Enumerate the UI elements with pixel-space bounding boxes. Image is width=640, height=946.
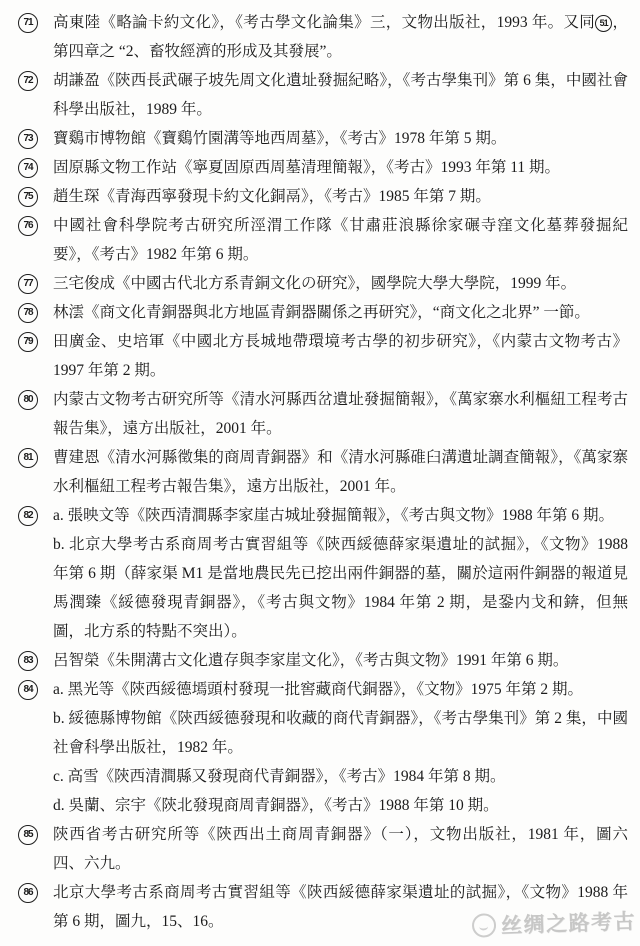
footnote-paragraph: b. 北京大學考古系商周考古實習組等《陝西綏德薛家渠遺址的試掘》，《文物》198… <box>53 530 628 646</box>
footnote-number-badge: 73 <box>18 129 38 149</box>
footnote-number-badge: 85 <box>18 825 38 845</box>
footnote-number-badge: 72 <box>18 71 38 91</box>
footnote-paragraph: 三宅俊成《中國古代北方系青銅文化の研究》，國學院大學大學院，1999 年。 <box>53 269 628 298</box>
footnote-text: a. 張映文等《陝西清澗縣李家崖古城址發掘簡報》，《考古與文物》1988 年第 … <box>53 501 632 646</box>
footnote-text: 田廣金、史培軍《中國北方長城地帶環境考古學的初步研究》，《内蒙古文物考古》199… <box>53 327 632 385</box>
footnote-text: 寶鷄市博物館《寶鷄竹園溝等地西周墓》，《考古》1978 年第 5 期。 <box>53 124 632 153</box>
footnote-text: 林澐《商文化青銅器與北方地區青銅器關係之再研究》，“商文化之北界” 一節。 <box>53 298 632 327</box>
footnote-entry: 71高東陸《略論卡約文化》，《考古學文化論集》三，文物出版社，1993 年。又同… <box>16 8 632 66</box>
footnote-text: 中國社會科學院考古研究所涇渭工作隊《甘肅莊浪縣徐家碾寺窪文化墓葬發掘紀要》，《考… <box>53 211 632 269</box>
footnote-number-badge: 78 <box>18 303 38 323</box>
footnote-number-badge: 79 <box>18 332 38 352</box>
footnote-number-badge: 82 <box>18 506 38 526</box>
footnote-paragraph: b. 綏德縣博物館《陝西綏德發現和收藏的商代青銅器》，《考古學集刊》第 2 集，… <box>53 704 628 762</box>
footnote-entry: 77三宅俊成《中國古代北方系青銅文化の研究》，國學院大學大學院，1999 年。 <box>16 269 632 298</box>
footnote-paragraph: 呂智榮《朱開溝古文化遺存與李家崖文化》，《考古與文物》1991 年第 6 期。 <box>53 646 628 675</box>
watermark: 丝绸之路考古 <box>472 905 637 941</box>
footnote-text: 内蒙古文物考古研究所等《清水河縣西岔遺址發掘簡報》，《萬家寨水利樞紐工程考古報告… <box>53 385 632 443</box>
footnote-number-badge: 75 <box>18 187 38 207</box>
seal-circle-icon <box>472 913 497 938</box>
footnote-paragraph: 中國社會科學院考古研究所涇渭工作隊《甘肅莊浪縣徐家碾寺窪文化墓葬發掘紀要》，《考… <box>53 211 628 269</box>
footnote-entry: 79田廣金、史培軍《中國北方長城地帶環境考古學的初步研究》，《内蒙古文物考古》1… <box>16 327 632 385</box>
footnote-entry: 75趙生琛《青海西寧發現卡約文化銅鬲》，《考古》1985 年第 7 期。 <box>16 182 632 211</box>
footnote-entry: 73寶鷄市博物館《寶鷄竹園溝等地西周墓》，《考古》1978 年第 5 期。 <box>16 124 632 153</box>
footnote-number-badge: 76 <box>18 216 38 236</box>
footnote-text: 三宅俊成《中國古代北方系青銅文化の研究》，國學院大學大學院，1999 年。 <box>53 269 632 298</box>
footnote-number-badge: 84 <box>18 680 38 700</box>
footnote-paragraph: 田廣金、史培軍《中國北方長城地帶環境考古學的初步研究》，《内蒙古文物考古》199… <box>53 327 628 385</box>
footnote-entry: 84a. 黑光等《陝西綏德墕頭村發現一批窖藏商代銅器》，《文物》1975 年第 … <box>16 675 632 820</box>
footnote-number-badge: 81 <box>18 448 38 468</box>
footnote-entry: 80内蒙古文物考古研究所等《清水河縣西岔遺址發掘簡報》，《萬家寨水利樞紐工程考古… <box>16 385 632 443</box>
footnote-number-badge: 77 <box>18 274 38 294</box>
footnote-paragraph: 趙生琛《青海西寧發現卡約文化銅鬲》，《考古》1985 年第 7 期。 <box>53 182 628 211</box>
watermark-text: 丝绸之路考古 <box>501 905 637 940</box>
footnote-entry: 76中國社會科學院考古研究所涇渭工作隊《甘肅莊浪縣徐家碾寺窪文化墓葬發掘紀要》，… <box>16 211 632 269</box>
footnote-number-badge: 74 <box>18 158 38 178</box>
footnote-text: 陝西省考古研究所等《陝西出土商周青銅器》（一），文物出版社，1981 年，圖六四… <box>53 820 632 878</box>
footnote-entry: 85陝西省考古研究所等《陝西出土商周青銅器》（一），文物出版社，1981 年，圖… <box>16 820 632 878</box>
footnote-entry: 83呂智榮《朱開溝古文化遺存與李家崖文化》，《考古與文物》1991 年第 6 期… <box>16 646 632 675</box>
footnote-text: a. 黑光等《陝西綏德墕頭村發現一批窖藏商代銅器》，《文物》1975 年第 2 … <box>53 675 632 820</box>
footnote-paragraph: 林澐《商文化青銅器與北方地區青銅器關係之再研究》，“商文化之北界” 一節。 <box>53 298 628 327</box>
footnote-number-badge: 86 <box>18 883 38 903</box>
footnote-entry: 81曹建恩《清水河縣徵集的商周青銅器》和《清水河縣碓臼溝遺址調查簡報》，《萬家寨… <box>16 443 632 501</box>
footnote-text: 高東陸《略論卡約文化》，《考古學文化論集》三，文物出版社，1993 年。又同51… <box>53 8 632 66</box>
footnote-text: 胡謙盈《陝西長武碾子坡先周文化遺址發掘紀略》，《考古學集刊》第 6 集，中國社會… <box>53 66 632 124</box>
footnote-paragraph: 内蒙古文物考古研究所等《清水河縣西岔遺址發掘簡報》，《萬家寨水利樞紐工程考古報告… <box>53 385 628 443</box>
footnote-entry: 82a. 張映文等《陝西清澗縣李家崖古城址發掘簡報》，《考古與文物》1988 年… <box>16 501 632 646</box>
footnote-entry: 74固原縣文物工作站《寧夏固原西周墓清理簡報》，《考古》1993 年第 11 期… <box>16 153 632 182</box>
footnote-paragraph: 固原縣文物工作站《寧夏固原西周墓清理簡報》，《考古》1993 年第 11 期。 <box>53 153 628 182</box>
footnote-text: 曹建恩《清水河縣徵集的商周青銅器》和《清水河縣碓臼溝遺址調查簡報》，《萬家寨水利… <box>53 443 632 501</box>
footnote-list: 71高東陸《略論卡約文化》，《考古學文化論集》三，文物出版社，1993 年。又同… <box>16 8 632 936</box>
footnote-number-badge: 71 <box>18 13 38 33</box>
footnote-paragraph: d. 吳蘭、宗宇《陝北發現商周青銅器》，《考古》1988 年第 10 期。 <box>53 791 628 820</box>
footnote-paragraph: 陝西省考古研究所等《陝西出土商周青銅器》（一），文物出版社，1981 年，圖六四… <box>53 820 628 878</box>
footnote-number-badge: 83 <box>18 651 38 671</box>
inline-circled-number: 51 <box>595 15 612 32</box>
footnote-entry: 78林澐《商文化青銅器與北方地區青銅器關係之再研究》，“商文化之北界” 一節。 <box>16 298 632 327</box>
footnote-paragraph: 曹建恩《清水河縣徵集的商周青銅器》和《清水河縣碓臼溝遺址調查簡報》，《萬家寨水利… <box>53 443 628 501</box>
footnote-number-badge: 80 <box>18 390 38 410</box>
footnote-text: 趙生琛《青海西寧發現卡約文化銅鬲》，《考古》1985 年第 7 期。 <box>53 182 632 211</box>
footnote-paragraph: a. 黑光等《陝西綏德墕頭村發現一批窖藏商代銅器》，《文物》1975 年第 2 … <box>53 675 628 704</box>
footnote-paragraph: a. 張映文等《陝西清澗縣李家崖古城址發掘簡報》，《考古與文物》1988 年第 … <box>53 501 628 530</box>
footnote-paragraph: 胡謙盈《陝西長武碾子坡先周文化遺址發掘紀略》，《考古學集刊》第 6 集，中國社會… <box>53 66 628 124</box>
footnote-text: 固原縣文物工作站《寧夏固原西周墓清理簡報》，《考古》1993 年第 11 期。 <box>53 153 632 182</box>
document-page: 71高東陸《略論卡約文化》，《考古學文化論集》三，文物出版社，1993 年。又同… <box>0 0 640 946</box>
footnote-paragraph: 高東陸《略論卡約文化》，《考古學文化論集》三，文物出版社，1993 年。又同51… <box>53 8 628 66</box>
footnote-paragraph: 寶鷄市博物館《寶鷄竹園溝等地西周墓》，《考古》1978 年第 5 期。 <box>53 124 628 153</box>
footnote-paragraph: c. 高雪《陝西清澗縣又發現商代青銅器》，《考古》1984 年第 8 期。 <box>53 762 628 791</box>
footnote-text: 呂智榮《朱開溝古文化遺存與李家崖文化》，《考古與文物》1991 年第 6 期。 <box>53 646 632 675</box>
footnote-entry: 72胡謙盈《陝西長武碾子坡先周文化遺址發掘紀略》，《考古學集刊》第 6 集，中國… <box>16 66 632 124</box>
